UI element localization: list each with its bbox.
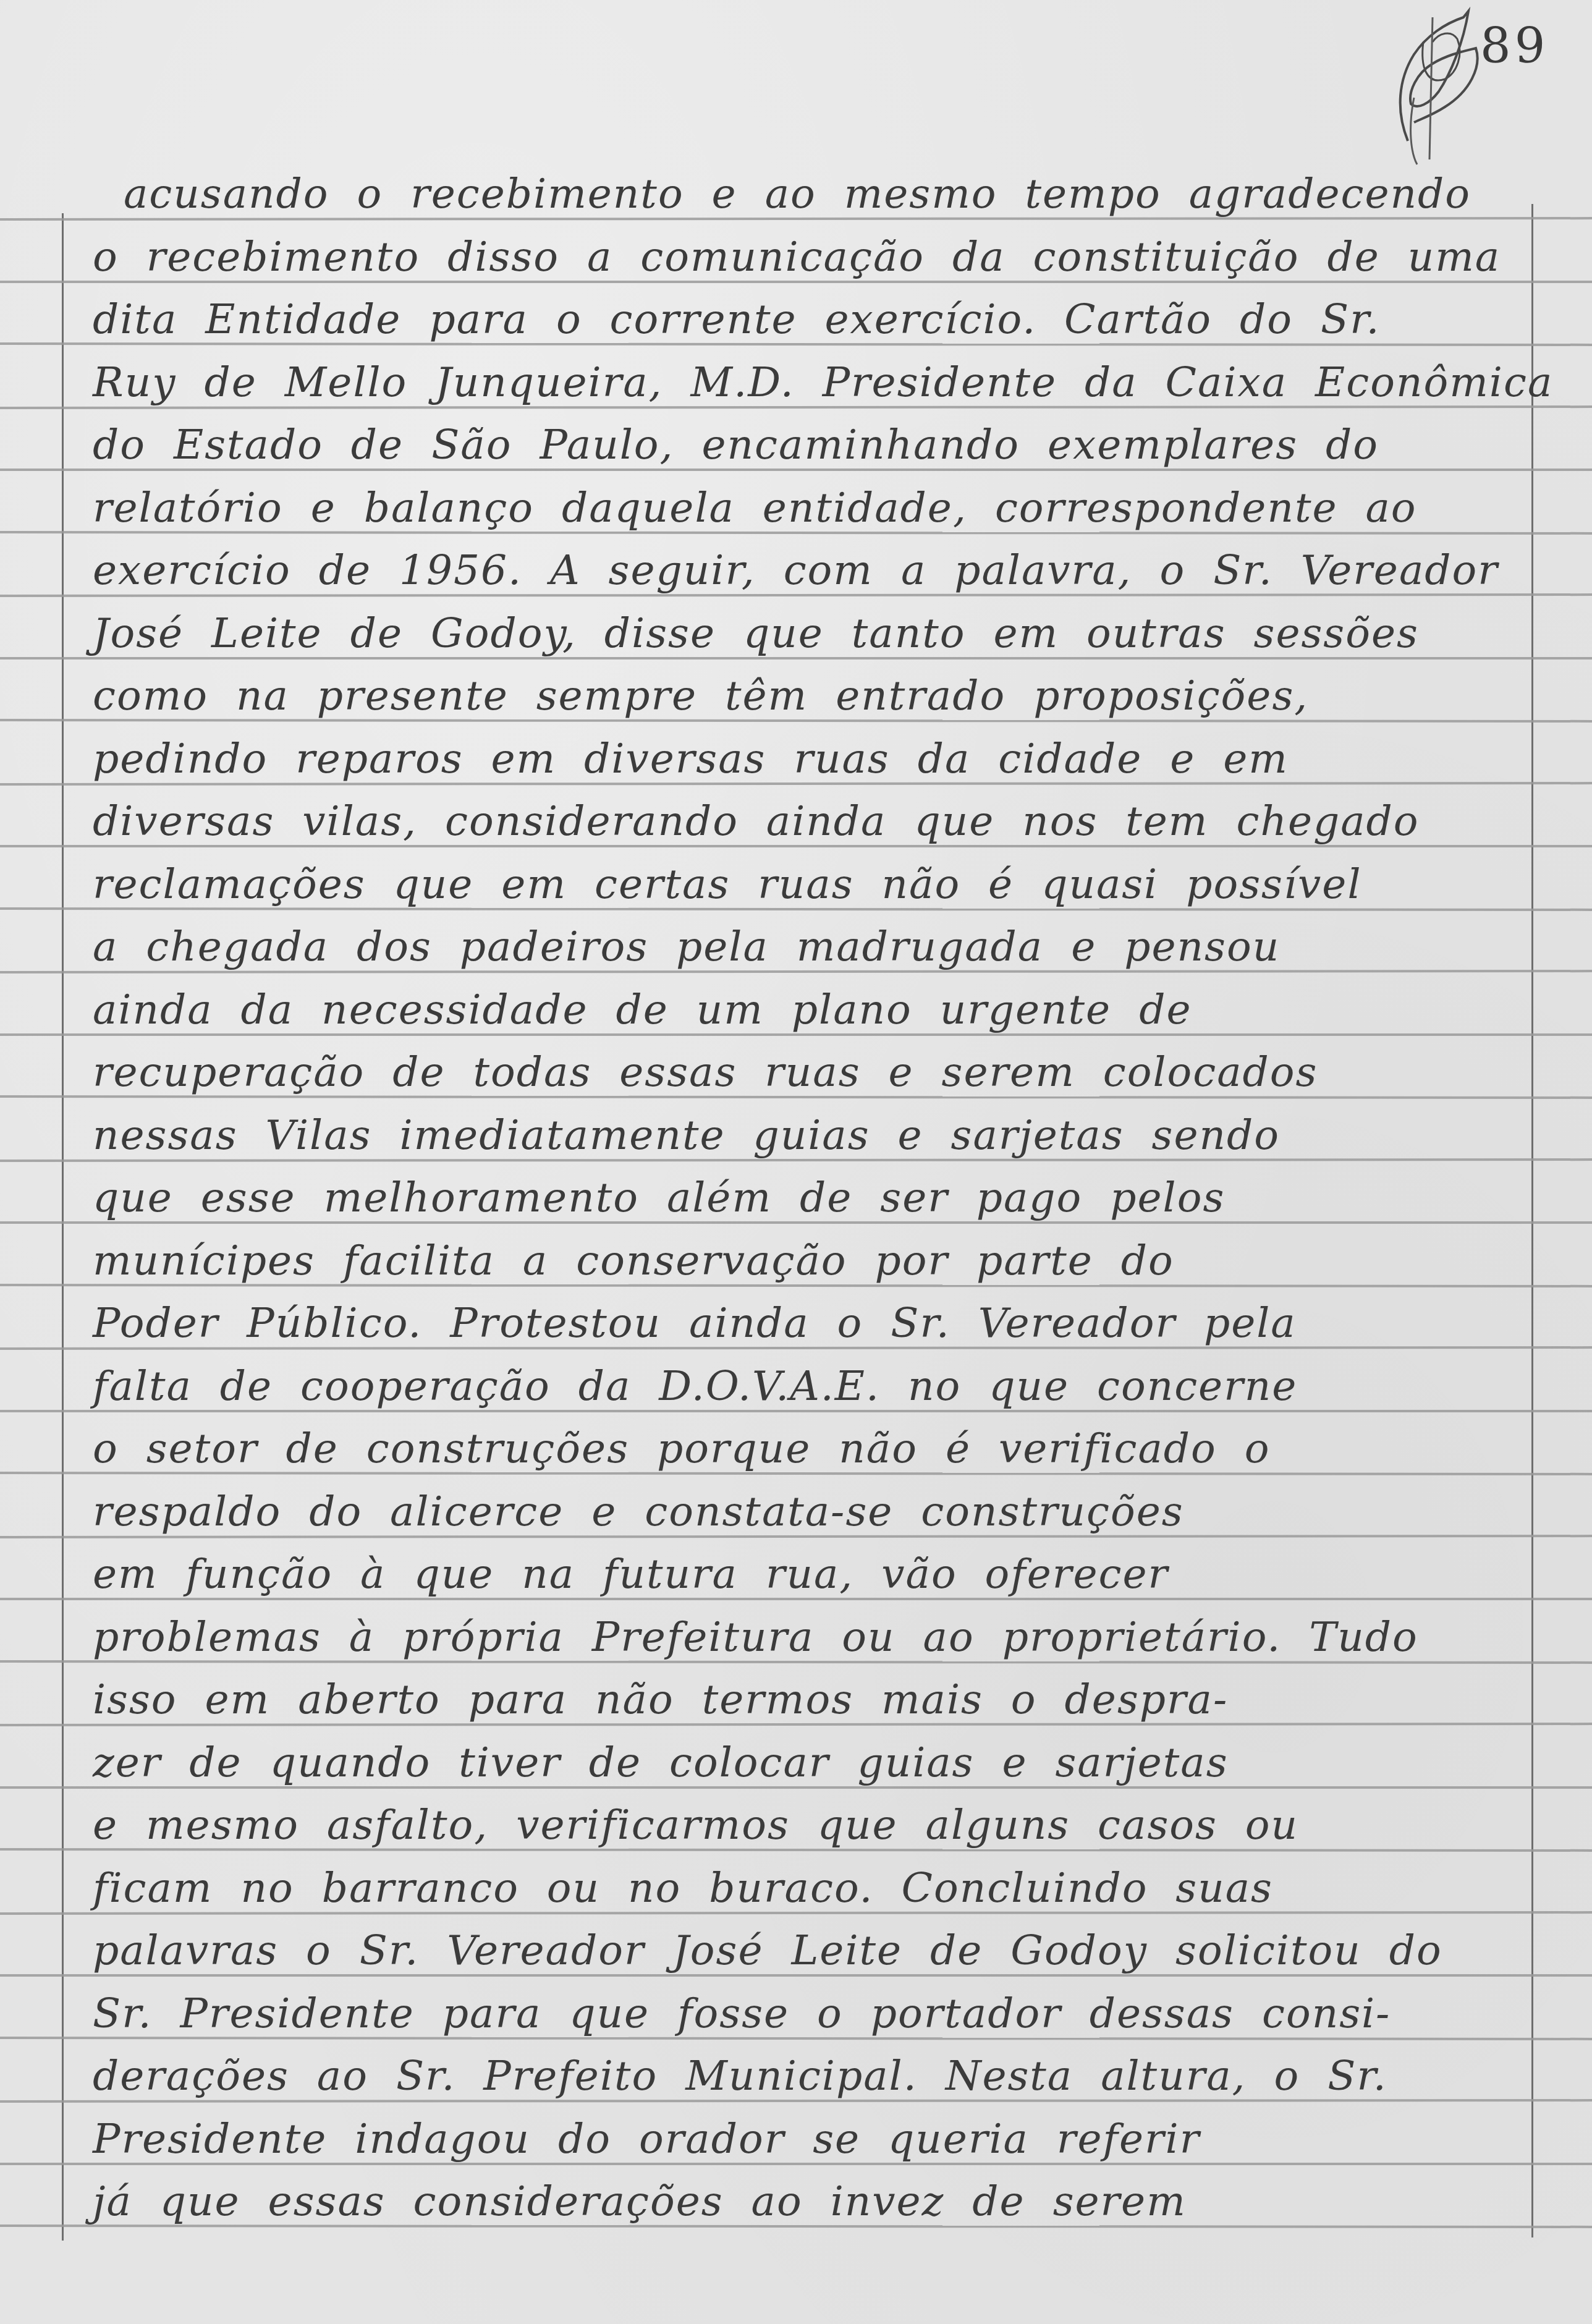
handwritten-line: munícipes facilita a conservação por par…: [93, 1230, 1533, 1292]
handwritten-line: o setor de construções porque não é veri…: [93, 1418, 1533, 1480]
handwritten-line: falta de cooperação da D.O.V.A.E. no que…: [93, 1355, 1533, 1417]
handwritten-line: como na presente sempre têm entrado prop…: [93, 665, 1533, 727]
handwritten-line: Sr. Presidente para que fosse o portador…: [93, 1983, 1533, 2045]
handwritten-line: zer de quando tiver de colocar guias e s…: [93, 1732, 1533, 1794]
handwritten-line: ficam no barranco ou no buraco. Concluin…: [93, 1857, 1533, 1919]
handwritten-line: respaldo do alicerce e constata-se const…: [93, 1481, 1533, 1543]
rubric-signature-icon: [1371, 5, 1494, 166]
handwritten-line: a chegada dos padeiros pela madrugada e …: [93, 916, 1533, 978]
handwritten-line: em função à que na futura rua, vão ofere…: [93, 1543, 1533, 1605]
page-number: 89: [1480, 19, 1549, 74]
handwritten-line: acusando o recebimento e ao mesmo tempo …: [124, 163, 1564, 225]
handwritten-line: pedindo reparos em diversas ruas da cida…: [93, 728, 1533, 790]
handwritten-line: Presidente indagou do orador se queria r…: [93, 2108, 1533, 2170]
handwritten-line: exercício de 1956. A seguir, com a palav…: [93, 540, 1533, 601]
handwritten-line: palavras o Sr. Vereador José Leite de Go…: [93, 1920, 1533, 1982]
handwritten-line: ainda da necessidade de um plano urgente…: [93, 979, 1533, 1041]
handwritten-line: recuperação de todas essas ruas e serem …: [93, 1041, 1533, 1103]
handwritten-line: isso em aberto para não termos mais o de…: [93, 1669, 1533, 1731]
handwritten-line: derações ao Sr. Prefeito Municipal. Nest…: [93, 2045, 1533, 2107]
handwritten-line: Ruy de Mello Junqueira, M.D. Presidente …: [93, 352, 1533, 413]
handwritten-line: o recebimento disso a comunicação da con…: [93, 226, 1533, 288]
handwritten-line: problemas à própria Prefeitura ou ao pro…: [93, 1606, 1533, 1668]
handwritten-line: que esse melhoramento além de ser pago p…: [93, 1167, 1533, 1229]
handwritten-line: José Leite de Godoy, disse que tanto em …: [93, 603, 1533, 664]
handwritten-line: relatório e balanço daquela entidade, co…: [93, 477, 1533, 539]
handwritten-line: já que essas considerações ao invez de s…: [93, 2171, 1533, 2233]
handwritten-line: e mesmo asfalto, verificarmos que alguns…: [93, 1794, 1533, 1856]
handwritten-line: Poder Público. Protestou ainda o Sr. Ver…: [93, 1292, 1533, 1354]
handwritten-line: diversas vilas, considerando ainda que n…: [93, 791, 1533, 852]
left-margin-line: [62, 213, 64, 2241]
handwritten-line: nessas Vilas imediatamente guias e sarje…: [93, 1105, 1533, 1166]
handwritten-line: dita Entidade para o corrente exercício.…: [93, 289, 1533, 350]
handwritten-line: reclamações que em certas ruas não é qua…: [93, 854, 1533, 915]
ledger-page: 89 acusando o recebimento e ao mesmo tem…: [0, 0, 1592, 2324]
handwritten-line: do Estado de São Paulo, encaminhando exe…: [93, 414, 1533, 476]
